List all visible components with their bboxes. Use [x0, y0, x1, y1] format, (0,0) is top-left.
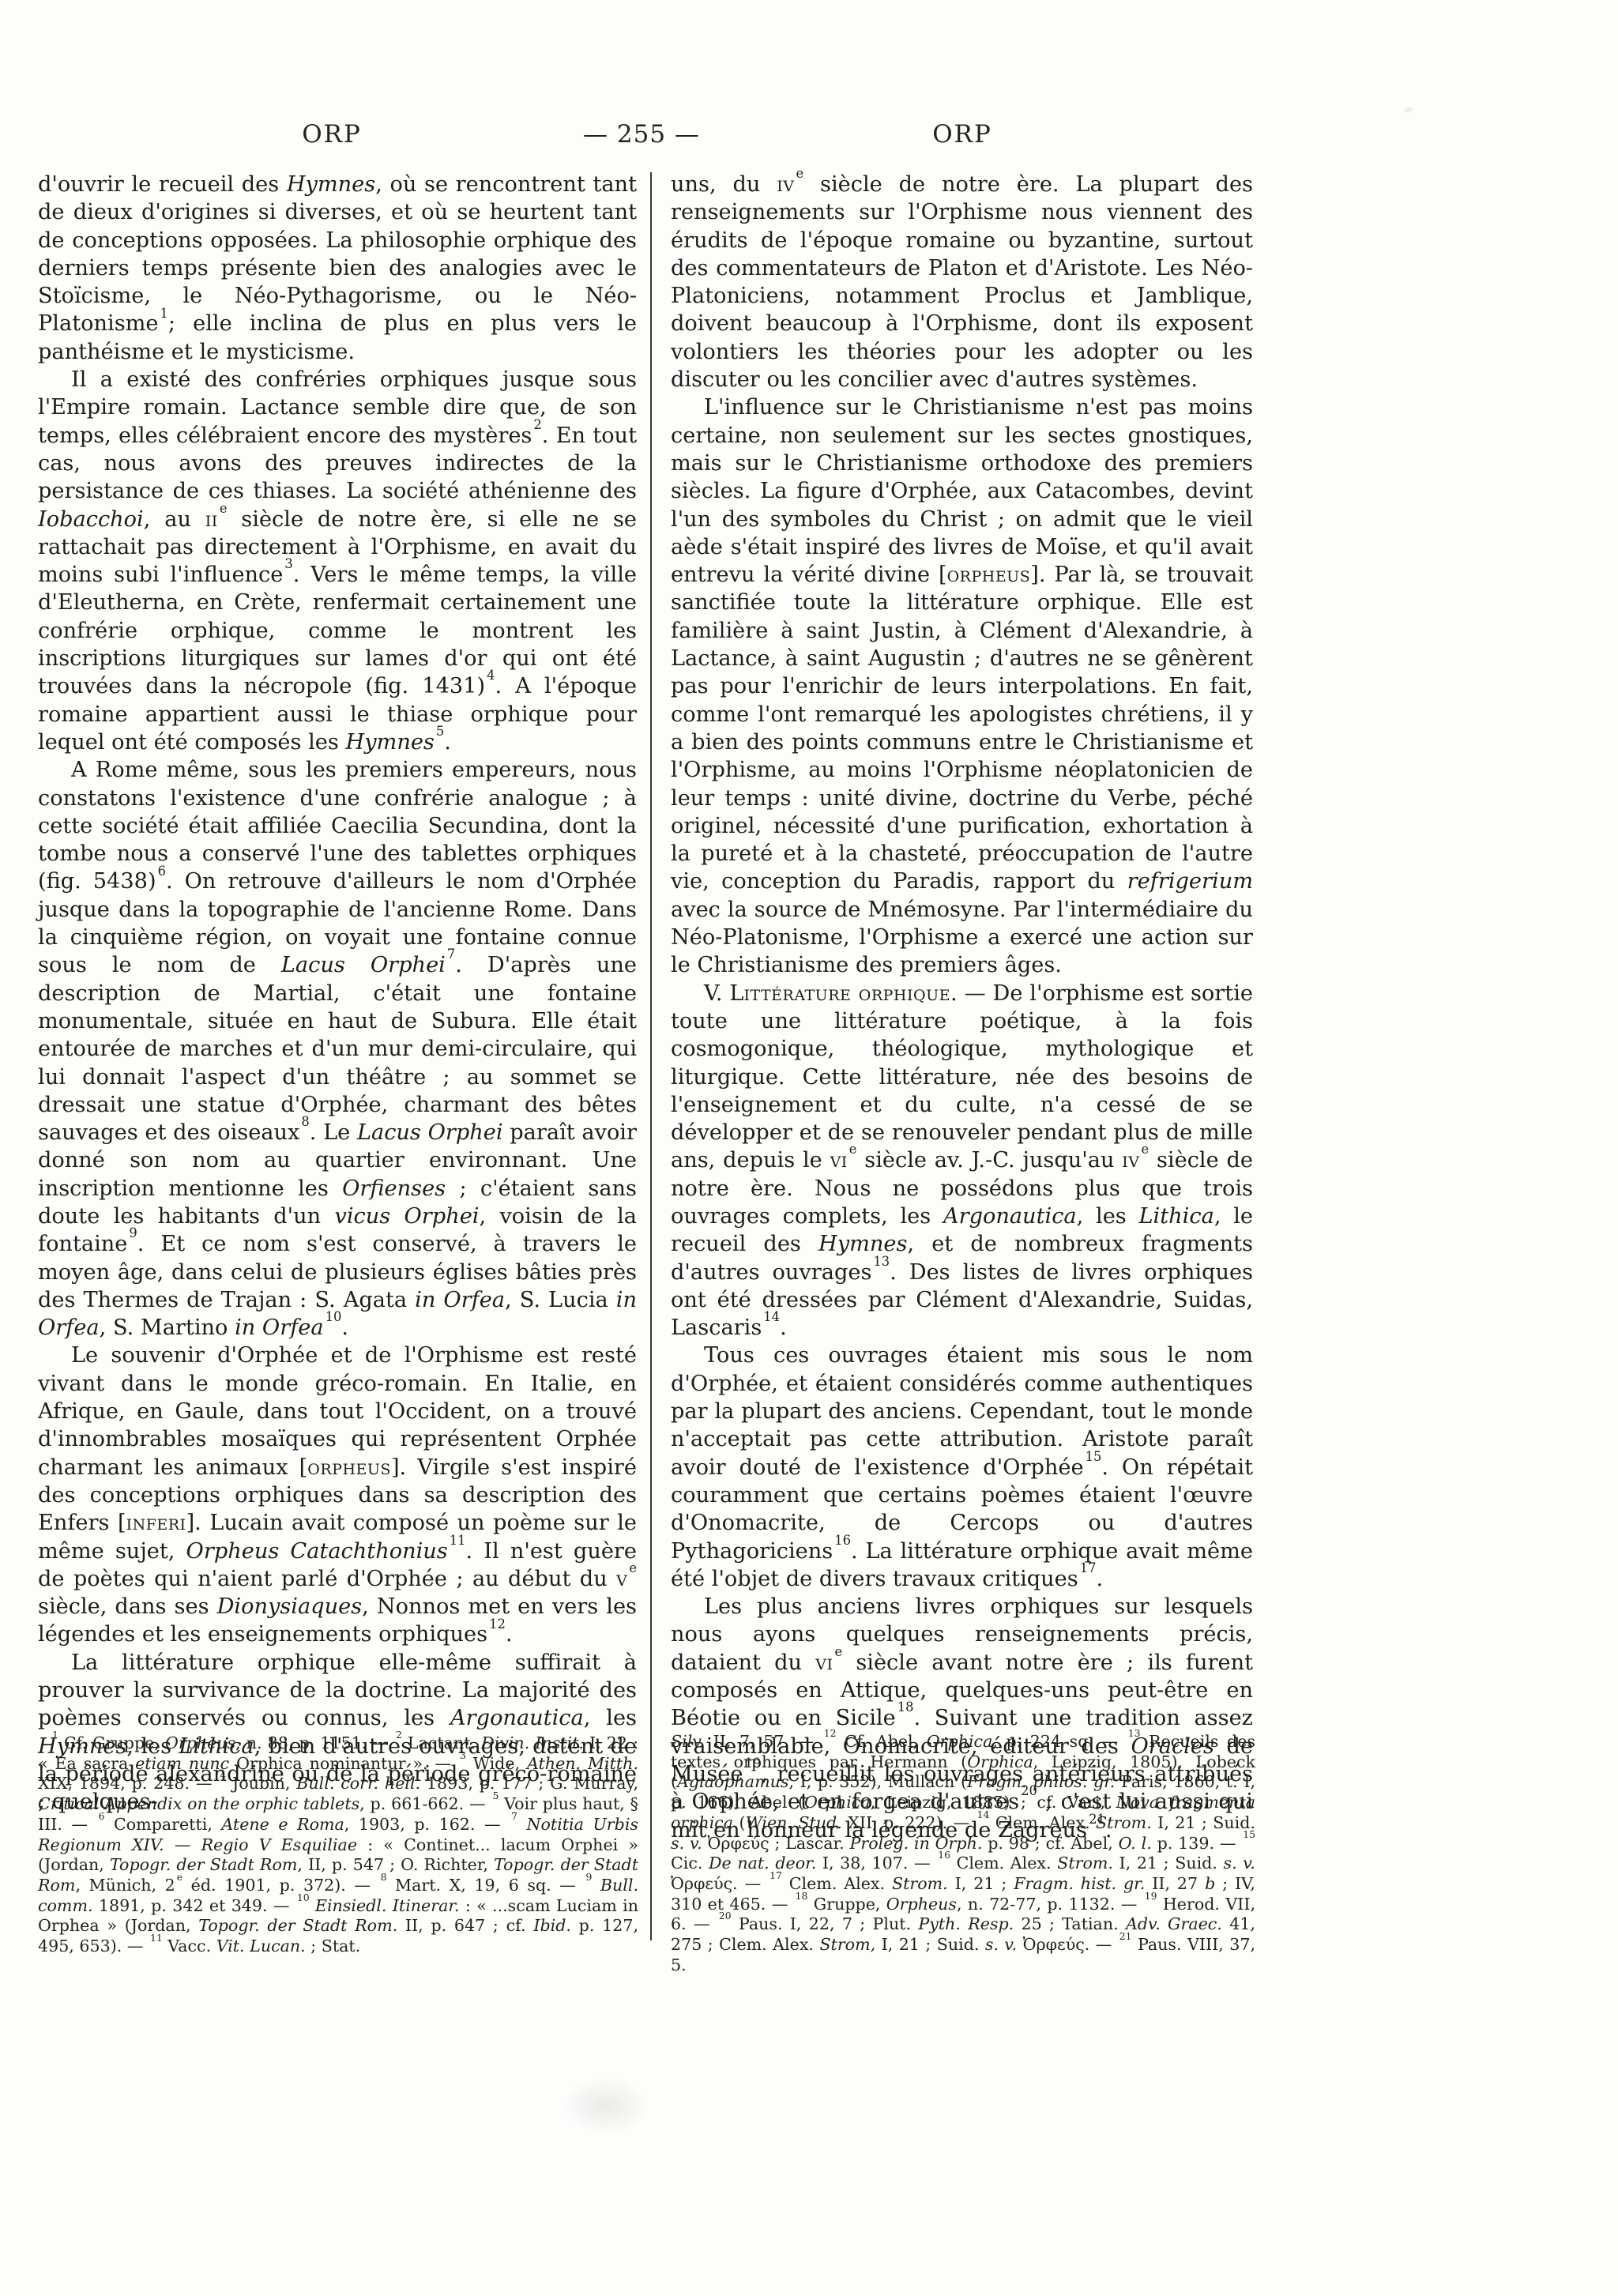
running-head: ORP — 255 — ORP — [0, 120, 1618, 155]
paragraph: d'ouvrir le recueil des Hymnes, où se re… — [38, 171, 637, 366]
scan-speck — [1403, 106, 1414, 114]
scanned-page: ORP — 255 — ORP d'ouvrir le recueil des … — [0, 0, 1618, 2296]
paragraph: Il a existé des confréries orphiques jus… — [38, 366, 637, 756]
scan-smudge — [563, 2076, 649, 2135]
running-head-right: ORP — [932, 120, 992, 149]
right-column: uns, du ive siècle de notre ère. La plup… — [671, 171, 1253, 1844]
left-column: d'ouvrir le recueil des Hymnes, où se re… — [38, 171, 637, 1816]
paragraph: L'influence sur le Christianisme n'est p… — [671, 393, 1253, 979]
footnotes-left: 1 Cf. Gruppe, Orpheus, n. 88, p. 1151. —… — [38, 1733, 638, 1957]
column-divider-rule — [650, 172, 652, 1940]
paragraph: Tous ces ouvrages étaient mis sous le no… — [671, 1342, 1253, 1593]
page-number: — 255 — — [583, 120, 700, 149]
paragraph: uns, du ive siècle de notre ère. La plup… — [671, 171, 1253, 393]
running-head-left: ORP — [302, 120, 362, 149]
paragraph: V. Littérature orphique. — De l'orphisme… — [671, 980, 1253, 1342]
paragraph: Le souvenir d'Orphée et de l'Orphisme es… — [38, 1342, 637, 1648]
footnotes-right: Silv. II, 7, 57. — 12 Cf. Abel, Orphica,… — [671, 1732, 1255, 1975]
paragraph: A Rome même, sous les premiers empereurs… — [38, 756, 637, 1342]
